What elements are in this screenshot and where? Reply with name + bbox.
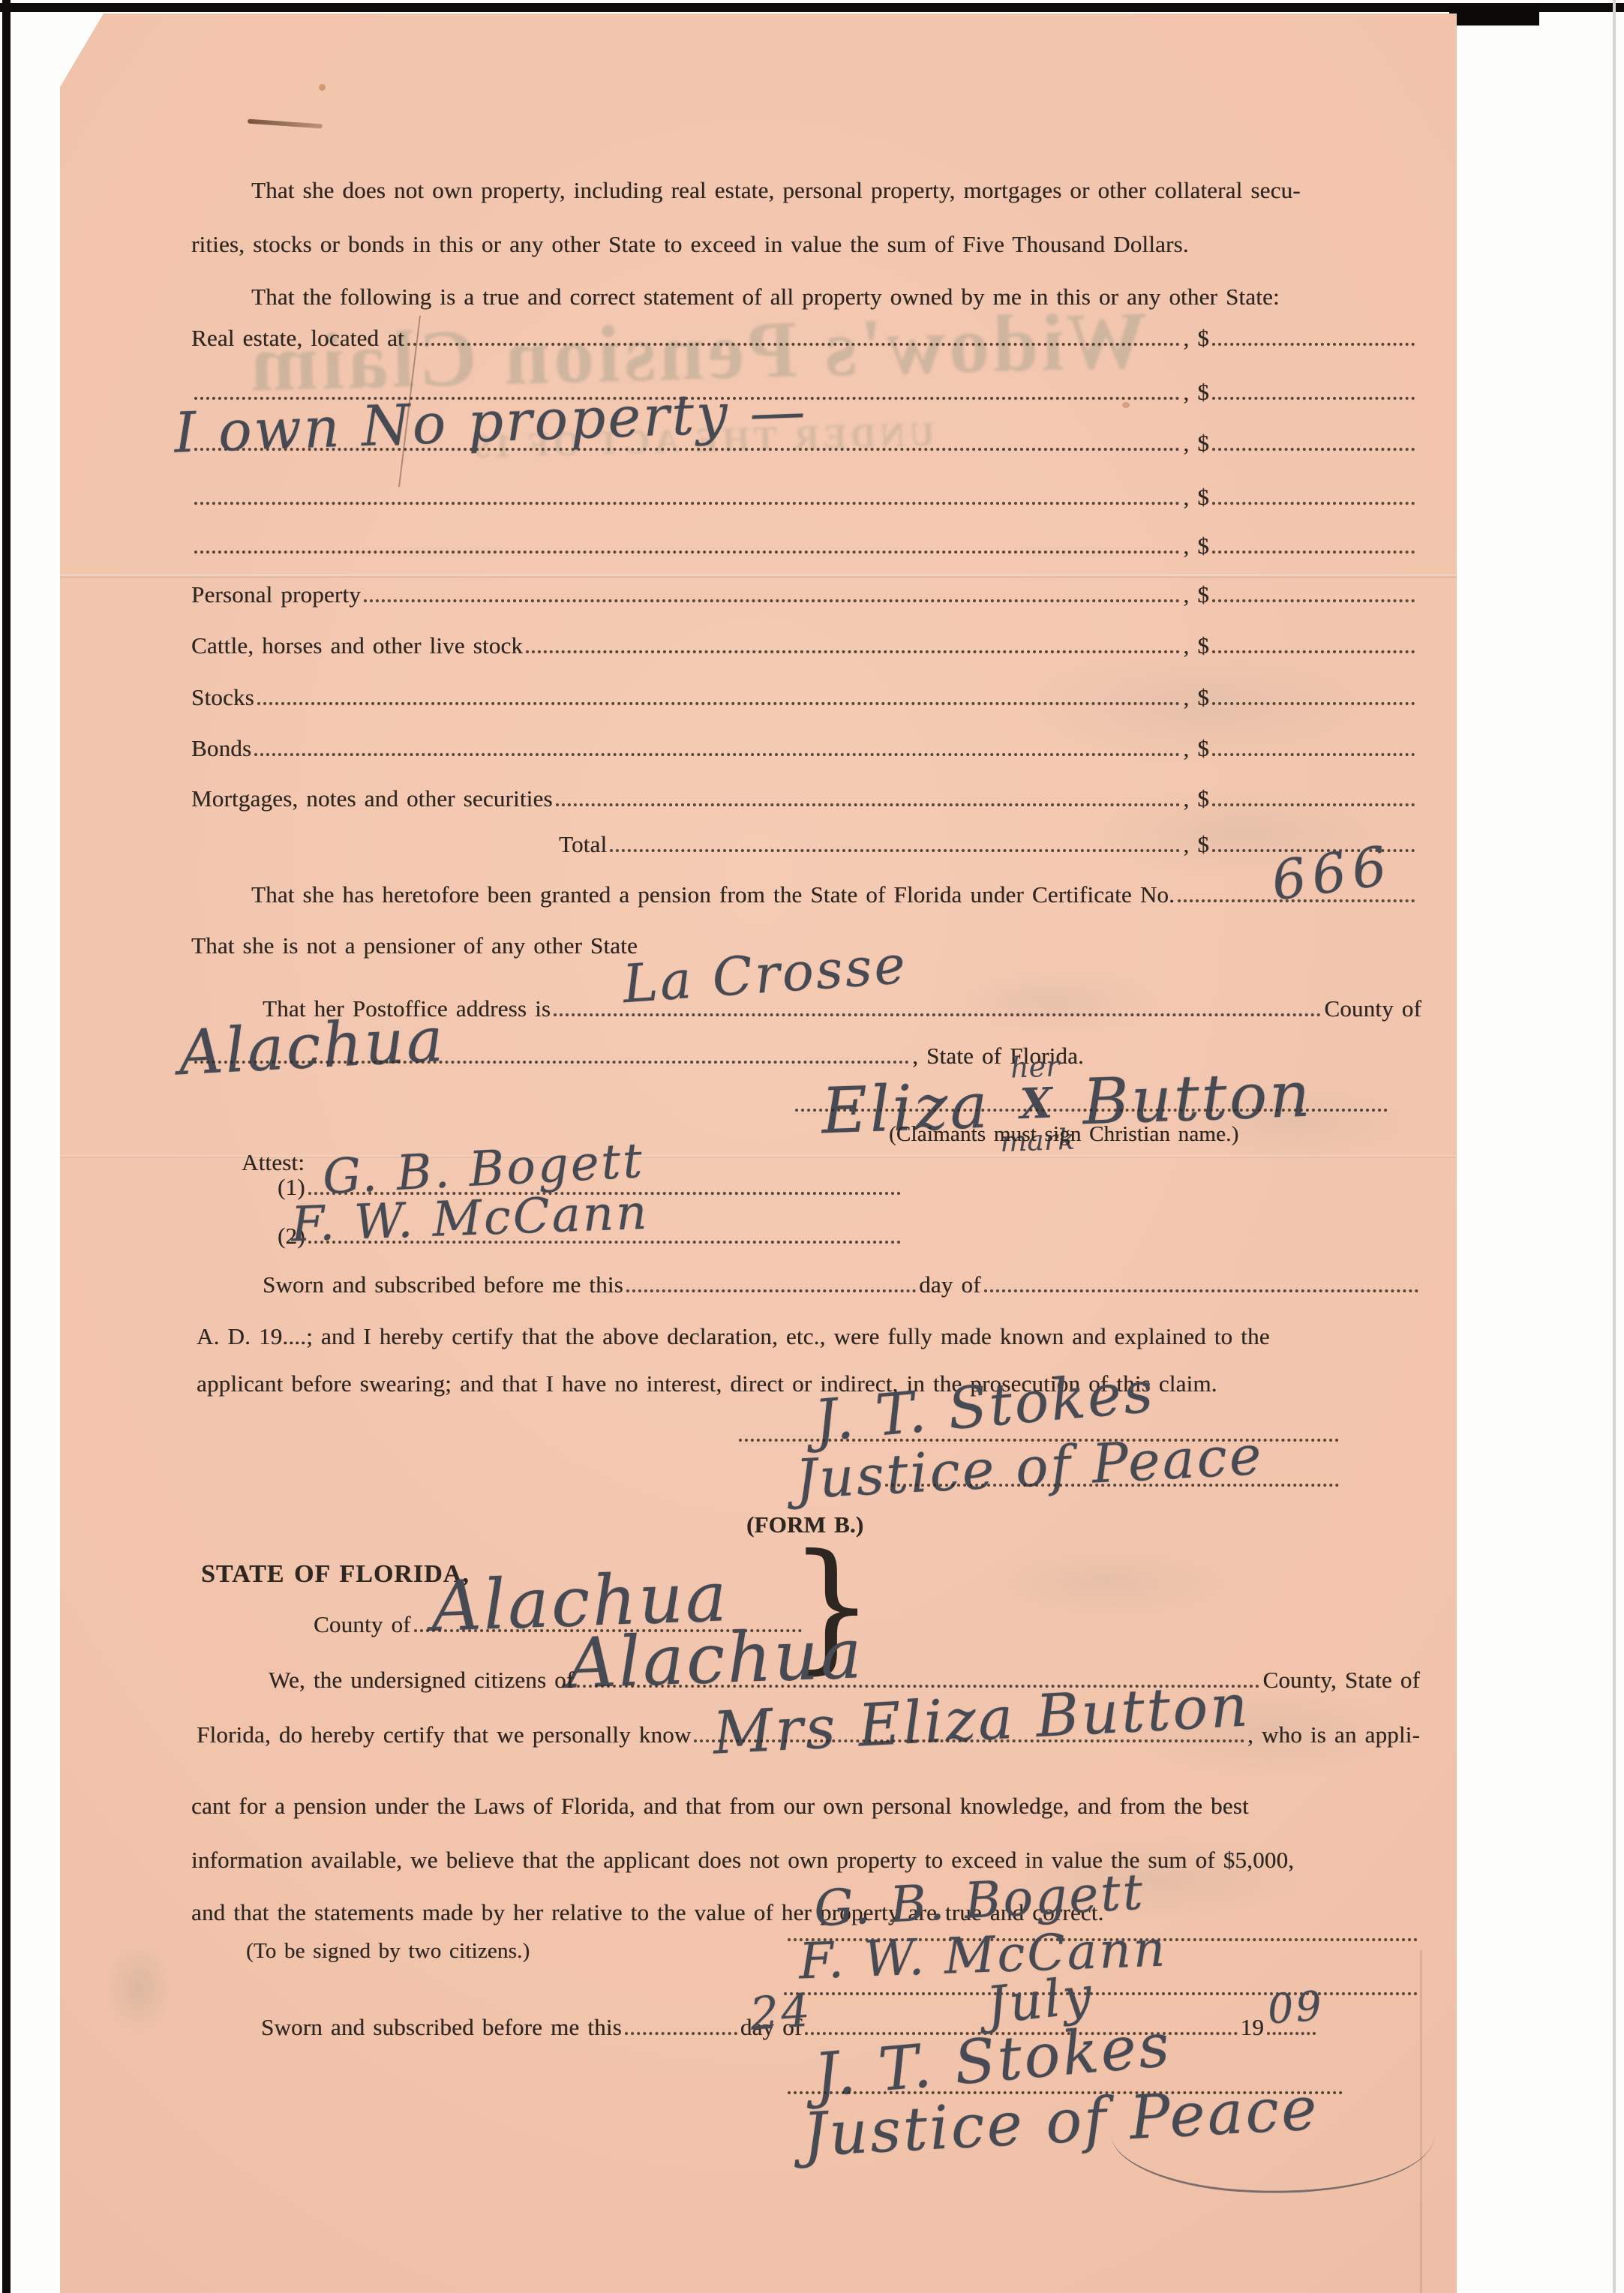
dollar-sign: , $ [1183, 379, 1209, 406]
dollar-sign: , $ [1183, 735, 1209, 762]
intro-line-3: That the following is a true and correct… [251, 284, 1280, 311]
dotted-leader [626, 1289, 916, 1292]
x-mark: X [1019, 1082, 1053, 1125]
attest-label: Attest: [242, 1149, 305, 1176]
scan-edge-right [1613, 0, 1616, 2293]
property-row-label: Personal property [191, 581, 361, 608]
dotted-amount-line [1212, 650, 1415, 653]
dotted-amount-line [1212, 343, 1415, 346]
dotted-leader [257, 702, 1181, 705]
property-row-label: Real estate, located at [191, 325, 404, 352]
county-of-label: County of [314, 1611, 411, 1638]
state-of-florida-heading: STATE OF FLORIDA, [201, 1560, 470, 1589]
property-row-stocks: Stocks , $ [191, 684, 1418, 711]
property-row-label: Stocks [191, 684, 254, 711]
dollar-sign: , $ [1183, 533, 1209, 560]
scan-edge-left [2, 0, 11, 2293]
dotted-leader [610, 849, 1180, 852]
ad-certify-line: A. D. 19....; and I hereby certify that … [197, 1323, 1270, 1350]
dotted-leader [254, 753, 1180, 756]
her-word: her [1010, 1052, 1059, 1082]
property-row-bonds: Bonds , $ [191, 735, 1418, 762]
sworn-text: Sworn and subscribed before me this [263, 1271, 623, 1298]
two-citizens-note: (To be signed by two citizens.) [246, 1939, 530, 1964]
dotted-amount-line [1212, 803, 1415, 806]
property-row-personal: Personal property , $ [191, 581, 1418, 608]
property-row-blank: , $ [191, 484, 1418, 511]
dotted-leader [554, 1013, 1321, 1016]
county-state-of-label: County, State of [1262, 1667, 1420, 1694]
who-is-applicant-label: , who is an appli- [1247, 1721, 1420, 1748]
citizens-text: We, the undersigned citizens of [269, 1667, 574, 1694]
property-row-label: Mortgages, notes and other securities [191, 785, 553, 812]
year-printed: 19 [1241, 2014, 1264, 2041]
dotted-leader [556, 803, 1181, 806]
intro-line-2: rities, stocks or bonds in this or any o… [191, 231, 1189, 258]
pencil-smudge [105, 1943, 173, 2033]
scan-edge-corner [1449, 6, 1539, 26]
dotted-leader [625, 2032, 737, 2035]
dotted-amount-line [1212, 397, 1415, 400]
handwritten-year: 09 [1266, 1982, 1325, 2033]
dollar-sign: , $ [1183, 831, 1209, 858]
property-row-label: Total [559, 831, 607, 858]
citizens-line-3: cant for a pension under the Laws of Flo… [191, 1793, 1249, 1820]
fold-crease-vertical [1420, 1950, 1422, 2293]
dotted-leader [984, 1289, 1418, 1292]
dollar-sign: , $ [1183, 785, 1209, 812]
sworn-line-1: Sworn and subscribed before me this day … [263, 1271, 1421, 1298]
property-row-label: Bonds [191, 735, 251, 762]
fold-crease [60, 575, 1457, 578]
no-other-state-line: That she is not a pensioner of any other… [191, 932, 638, 959]
dotted-amount-line [1212, 502, 1415, 505]
day-of-label: day of [919, 1271, 981, 1298]
dotted-leader [407, 343, 1181, 346]
property-row-blank: , $ [191, 533, 1418, 560]
dollar-sign: , $ [1183, 632, 1209, 659]
property-row-livestock: Cattle, horses and other live stock , $ [191, 632, 1418, 659]
dotted-leader [194, 502, 1180, 505]
signature-line [795, 1109, 1388, 1112]
dotted-amount-line [1212, 599, 1415, 602]
dollar-sign: , $ [1183, 684, 1209, 711]
property-row-label: Cattle, horses and other live stock [191, 632, 523, 659]
county-of-label: County of [1324, 995, 1421, 1022]
dotted-amount-line [1212, 551, 1415, 554]
property-row-real-estate: Real estate, located at , $ [191, 325, 1418, 352]
certify-know-text: Florida, do hereby certify that we perso… [197, 1721, 691, 1748]
dotted-amount-line [1212, 753, 1415, 756]
dotted-leader [694, 1739, 1244, 1742]
dotted-leader [526, 650, 1180, 653]
certificate-line: That she has heretofore been granted a p… [251, 881, 1418, 908]
dotted-leader [364, 599, 1180, 602]
dollar-sign: , $ [1183, 484, 1209, 511]
intro-line-1: That she does not own property, includin… [251, 177, 1301, 204]
sworn-text: Sworn and subscribed before me this [261, 2014, 622, 2041]
dotted-amount-line [1212, 702, 1415, 705]
handwritten-day: 24 [749, 1984, 814, 2041]
citizens-line-2: Florida, do hereby certify that we perso… [197, 1721, 1420, 1748]
dollar-sign: , $ [1183, 581, 1209, 608]
dotted-leader [194, 551, 1180, 554]
property-row-mortgages: Mortgages, notes and other securities , … [191, 785, 1418, 812]
bleedthrough-smudge [975, 1545, 1238, 1620]
signature-line [885, 1484, 1339, 1487]
dollar-sign: , $ [1183, 430, 1209, 457]
dotted-leader [194, 1061, 909, 1064]
scanned-document: Widow's Pension Claim UNDER THE ACT OF 1… [0, 0, 1624, 2293]
scan-edge-top [0, 3, 1624, 12]
paper-freckle [319, 84, 326, 91]
dollar-sign: , $ [1183, 325, 1209, 352]
certificate-text: That she has heretofore been granted a p… [251, 881, 1175, 908]
dotted-amount-line [1212, 448, 1415, 451]
claimants-note: (Claimants must sign Christian name.) [889, 1122, 1238, 1147]
